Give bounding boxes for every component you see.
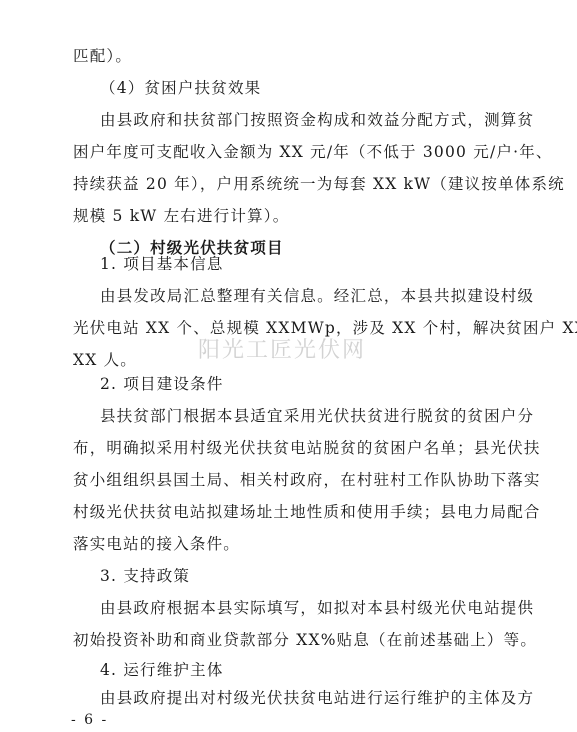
text-line: 贫小组组织县国土局、相关村政府，在村驻村工作队协助下落实 xyxy=(73,470,465,490)
text-line: 由县政府根据本县实际填写，如拟对本县村级光伏电站提供 xyxy=(100,598,492,618)
section-heading: （4）贫困户扶贫效果 xyxy=(100,78,492,98)
text-line: 落实电站的接入条件。 xyxy=(73,534,465,554)
text-line: 初始投资补助和商业贷款部分 XX%贴息（在前述基础上）等。 xyxy=(73,630,465,650)
text-line: 匹配）。 xyxy=(73,46,465,66)
text-line: 规模 5 kW 左右进行计算）。 xyxy=(73,206,465,226)
text-line: 持续获益 20 年），户用系统统一为每套 XX kW（建议按单体系统 xyxy=(73,174,465,194)
subsection-heading: 1. 项目基本信息 xyxy=(100,254,492,274)
text-line: 布，明确拟采用村级光伏扶贫电站脱贫的贫困户名单；县光伏扶 xyxy=(73,438,465,458)
subsection-heading: 2. 项目建设条件 xyxy=(100,374,492,394)
subsection-heading: 3. 支持政策 xyxy=(100,566,492,586)
text-line: 困户年度可支配收入金额为 XX 元/年（不低于 3000 元/户·年、 xyxy=(73,142,465,162)
text-line: 由县政府和扶贫部门按照资金构成和效益分配方式，测算贫 xyxy=(100,110,492,130)
subsection-heading: 4. 运行维护主体 xyxy=(100,660,492,680)
text-line: 由县发改局汇总整理有关信息。经汇总，本县共拟建设村级 xyxy=(100,286,492,306)
watermark: 阳光工匠光伏网 xyxy=(198,333,366,364)
text-line: 由县政府提出对村级光伏扶贫电站进行运行维护的主体及方 xyxy=(100,688,492,708)
page-number: - 6 - xyxy=(71,712,108,728)
text-line: 县扶贫部门根据本县适宜采用光伏扶贫进行脱贫的贫困户分 xyxy=(100,406,492,426)
document-page: 匹配）。 （4）贫困户扶贫效果 由县政府和扶贫部门按照资金构成和效益分配方式，测… xyxy=(0,0,577,732)
text-line: 村级光伏扶贫电站拟建场址土地性质和使用手续；县电力局配合 xyxy=(73,502,465,522)
